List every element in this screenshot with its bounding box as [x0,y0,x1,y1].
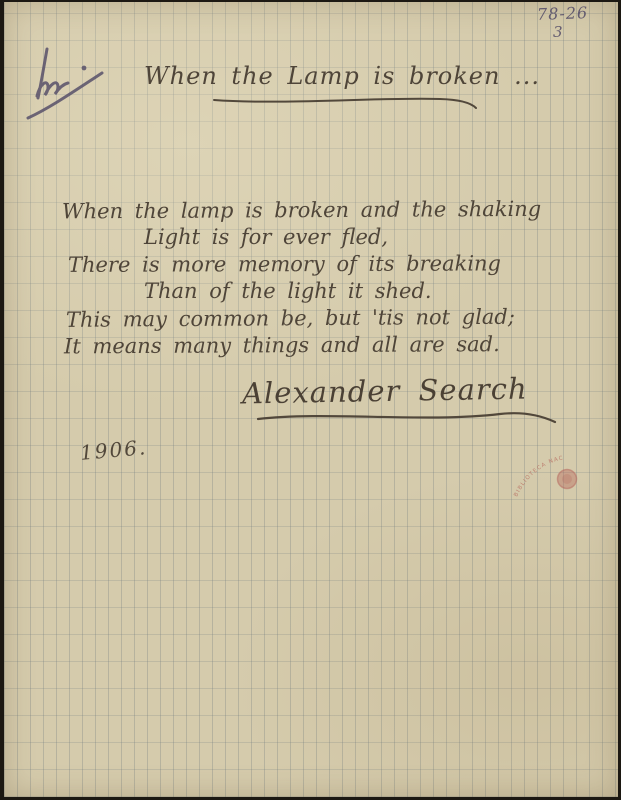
poem-title: When the Lamp is broken ... [144,62,484,90]
signature: Alexander Search [242,372,528,411]
title-ellipsis: ... [500,62,540,90]
title-underline-flourish [212,93,480,113]
poem-body: When the lamp is broken and the shaking … [62,197,592,359]
poem-line-5: This may common be, but 'tis not glad; [66,303,596,334]
stamp-text: BIBLIOTECA NACIONAL [507,447,564,498]
ms-mark-icon [20,46,112,130]
title-pre: When [144,62,231,90]
poem-line-3: There is more memory of its breaking [68,250,598,279]
date: 1906. [79,435,148,465]
poem-line-4: Than of the light it shed. [62,278,592,305]
manuscript-scan: 78-26 3 When the Lamp is broken ... When… [0,0,621,800]
signature-flourish [256,408,558,426]
title-underlined: the Lamp is broken [231,62,500,90]
poem-line-2: Light is for ever fled, [62,224,592,251]
poem-line-1: When the lamp is broken and the shaking [62,196,592,226]
library-stamp-icon: BIBLIOTECA NACIONAL [507,447,581,505]
page-number: 3 [553,23,563,41]
archival-number: 78-26 [537,3,589,24]
poem-line-6: It means many things and all are sad. [64,331,594,361]
svg-text:BIBLIOTECA NACIONAL: BIBLIOTECA NACIONAL [507,447,564,498]
graph-paper-sheet: 78-26 3 When the Lamp is broken ... When… [4,2,618,797]
